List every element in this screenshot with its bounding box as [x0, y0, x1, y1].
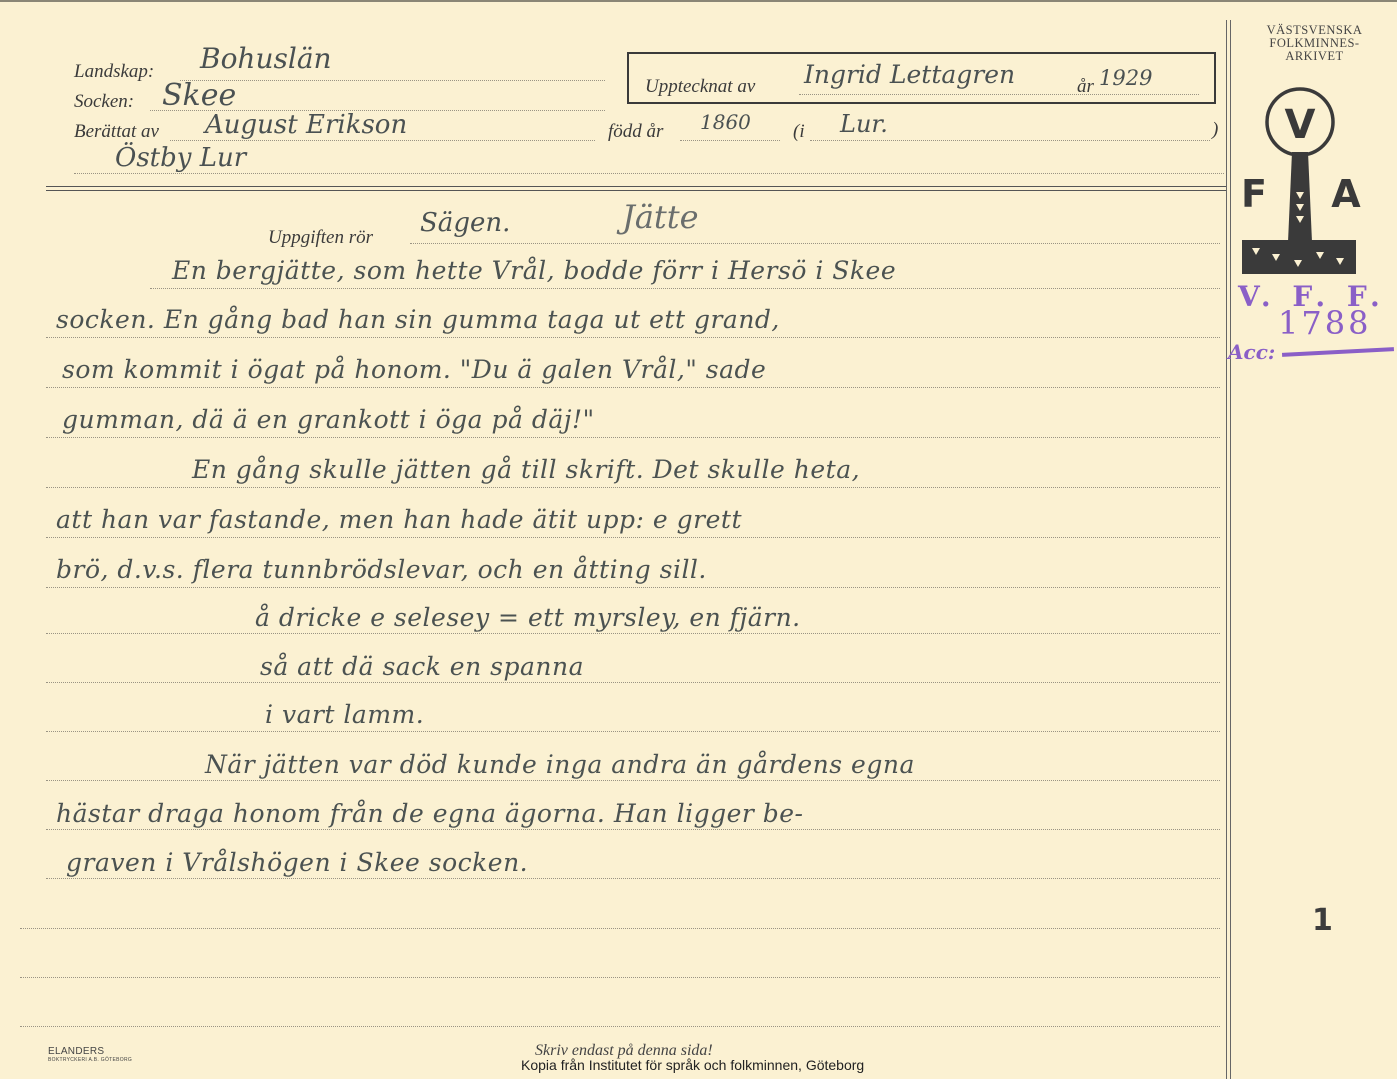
- body-line: hästar draga honom från de egna ägorna. …: [56, 799, 804, 828]
- svg-text:V: V: [1285, 102, 1316, 148]
- ruled-line: [46, 878, 1220, 879]
- body-line: gumman, dä ä en grankott i öga på däj!": [62, 405, 595, 434]
- body-line: socken. En gång bad han sin gumma taga u…: [56, 305, 780, 334]
- ruled-line: [20, 928, 1220, 929]
- svg-text:A: A: [1331, 172, 1361, 216]
- berattat-value: August Erikson: [205, 110, 407, 140]
- born-year-value: 1860: [700, 110, 751, 134]
- ruled-line: [46, 387, 1220, 388]
- subject-label: Uppgiften rör: [268, 227, 373, 249]
- body-line: En gång skulle jätten gå till skrift. De…: [192, 455, 860, 484]
- archive-title-line-3: ARKIVET: [1232, 50, 1397, 63]
- ruled-line: [20, 977, 1220, 978]
- ruled-line: [46, 487, 1220, 488]
- stamp-acc-label: Acc:: [1228, 340, 1275, 364]
- berattat-label: Berättat av: [74, 121, 159, 143]
- recorded-by-box: Upptecknat av Ingrid Lettagren år 1929: [627, 52, 1216, 104]
- printer-subtitle: BOKTRYCKERI A.B. GÖTEBORG: [48, 1057, 132, 1063]
- socken-value: Skee: [162, 78, 236, 113]
- scan-top-edge: [0, 0, 1397, 2]
- born-place-dotted-line: [810, 140, 1210, 141]
- body-line: En bergjätte, som hette Vrål, bodde förr…: [172, 256, 896, 285]
- year-value: 1929: [1099, 66, 1152, 90]
- landskap-dotted-line: [180, 80, 605, 81]
- socken-label: Socken:: [74, 91, 134, 113]
- margin-line-right: [1230, 20, 1231, 1079]
- uppteckat-value: Ingrid Lettagren: [804, 60, 1015, 89]
- page-number: 1: [1312, 903, 1333, 938]
- stamp-number: 1788: [1278, 304, 1371, 342]
- berattat-address: Östby Lur: [115, 143, 246, 173]
- body-line: så att dä sack en spanna: [260, 652, 584, 681]
- body-line: brö, d.v.s. flera tunnbrödslevar, och en…: [56, 555, 707, 584]
- berattat-dotted-line: [170, 140, 595, 141]
- subject-dotted-line: [410, 243, 1220, 244]
- archive-title: VÄSTSVENSKA FOLKMINNES- ARKIVET: [1232, 24, 1397, 63]
- archive-logo-icon: V F A: [1236, 82, 1366, 282]
- body-line: som kommit i ögat på honom. "Du ä galen …: [62, 355, 766, 384]
- stamp-acc-underline: [1282, 347, 1394, 357]
- printer-mark: ELANDERS BOKTRYCKERI A.B. GÖTEBORG: [48, 1046, 132, 1063]
- header-separator-top: [46, 186, 1226, 187]
- body-line: graven i Vrålshögen i Skee socken.: [66, 848, 528, 877]
- printer-name: ELANDERS: [48, 1046, 104, 1057]
- ruled-line: [46, 537, 1220, 538]
- born-label: född år: [608, 121, 663, 143]
- landskap-label: Landskap:: [74, 61, 154, 83]
- ruled-line: [46, 633, 1220, 634]
- margin-line-left: [1226, 20, 1227, 1079]
- body-line: att han var fastande, men han hade ätit …: [56, 505, 742, 534]
- ruled-line: [46, 682, 1220, 683]
- subject-value: Sägen.: [420, 208, 510, 238]
- ruled-line: [20, 1026, 1220, 1027]
- svg-text:F: F: [1241, 172, 1267, 216]
- ruled-line: [46, 829, 1220, 830]
- address-dotted-line: [74, 173, 1224, 174]
- born-dotted-line: [680, 140, 780, 141]
- born-place-value: Lur.: [840, 110, 888, 138]
- uppteckat-dotted-line: [799, 94, 1199, 95]
- landskap-value: Bohuslän: [200, 42, 332, 75]
- born-place-close: ): [1212, 119, 1218, 141]
- body-line: å dricke e selesey = ett myrsley, en fjä…: [255, 603, 801, 632]
- ruled-line: [46, 337, 1220, 338]
- born-place-open: (i: [793, 121, 805, 143]
- body-line: i vart lamm.: [265, 700, 424, 729]
- header-separator-bottom: [46, 190, 1226, 191]
- ruled-line: [46, 437, 1220, 438]
- subject-note: Jätte: [622, 198, 699, 236]
- ruled-line: [46, 780, 1220, 781]
- uppteckat-label: Upptecknat av: [645, 76, 755, 98]
- ruled-line: [150, 288, 1220, 289]
- ruled-line: [46, 731, 1220, 732]
- ruled-line: [46, 587, 1220, 588]
- copy-notice: Kopia från Institutet för språk och folk…: [521, 1057, 864, 1073]
- body-line: När jätten var död kunde inga andra än g…: [205, 750, 915, 779]
